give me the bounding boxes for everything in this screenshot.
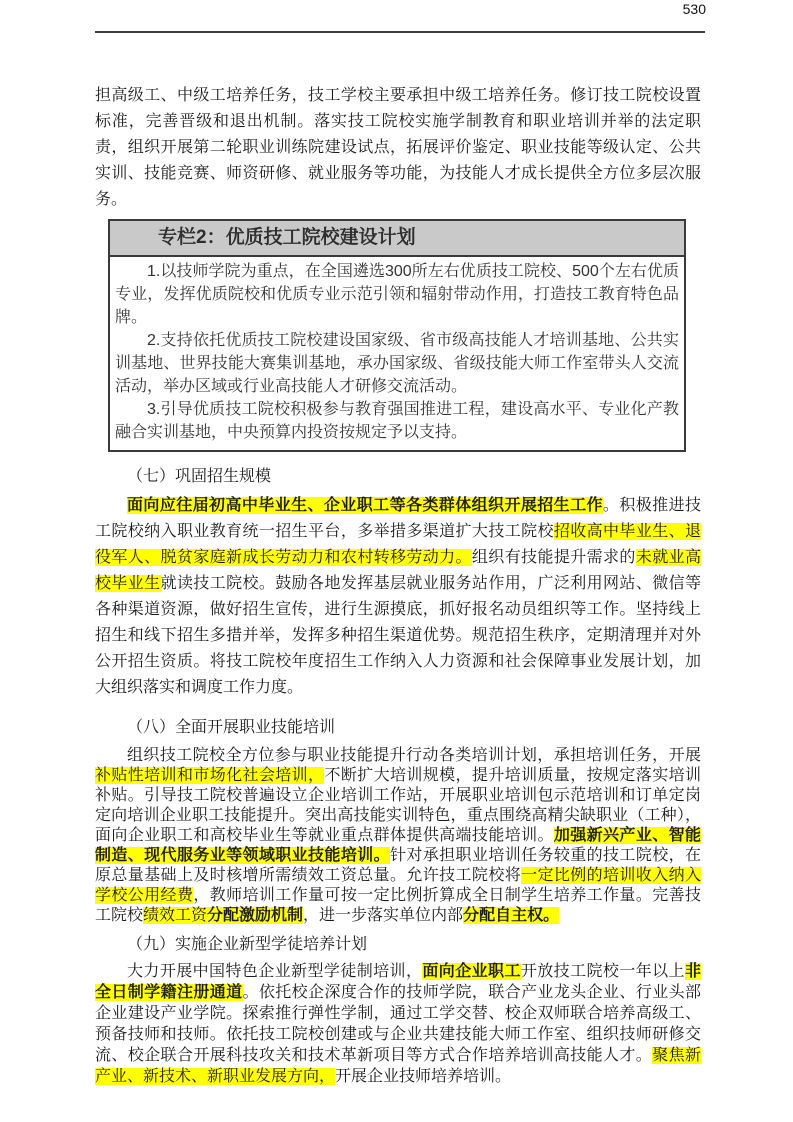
highlighted-text: 分配激励机制 [207, 907, 303, 924]
page-number: 530 [683, 1, 706, 17]
text-run: 大力开展中国特色企业新型学徒制培训， [127, 963, 422, 980]
highlighted-text: 面向应往届初高中毕业生、企业职工等各类群体组织开展招生工作 [127, 497, 603, 514]
highlighted-text: 补贴性培训和市场化社会培训， [95, 767, 324, 784]
text-run: 开放技工院校一年以上 [521, 963, 685, 980]
section-heading-9: （九）实施企业新型学徒培养计划 [95, 932, 701, 958]
section-paragraph-7: 面向应往届初高中毕业生、企业职工等各类群体组织开展招生工作。积极推进技工院校纳入… [95, 493, 701, 701]
text-run: ，进一步落实单位内部 [303, 907, 463, 924]
text-run: 组织技工院校全方位参与职业技能提升行动各类培训计划，承担培训任务，开展 [127, 747, 701, 764]
panel-item: 3.引导优质技工院校积极参与教育强国推进工程，建设高水平、专业化产教融合实训基地… [115, 398, 679, 444]
section-paragraph-8: 组织技工院校全方位参与职业技能提升行动各类培训计划，承担培训任务，开展补贴性培训… [95, 746, 701, 926]
highlighted-text: 分配自主权。 [463, 907, 559, 924]
panel-header: 专栏2：优质技工院校建设计划 [110, 221, 684, 257]
text-run: 组织有技能提升需求的 [472, 549, 636, 566]
header-rule [95, 31, 705, 33]
panel-body: 1.以技师学院为重点，在全国遴选300所左右优质技工院校、500个左右优质专业，… [110, 257, 684, 450]
page-content: 担高级工、中级工培养任务，技工学校主要承担中级工培养任务。修订技工院校设置标准，… [0, 83, 793, 1087]
section-heading-8: （八）全面开展职业技能培训 [95, 715, 701, 741]
intro-paragraph: 担高级工、中级工培养任务，技工学校主要承担中级工培养任务。修订技工院校设置标准，… [95, 83, 701, 213]
document-page: 530 担高级工、中级工培养任务，技工学校主要承担中级工培养任务。修订技工院校设… [0, 0, 793, 1122]
text-run: 就读技工院校。鼓励各地发挥基层就业服务站作用，广泛利用网站、微信等各种渠道资源，… [95, 575, 701, 696]
section-paragraph-9: 大力开展中国特色企业新型学徒制培训，面向企业职工开放技工院校一年以上非全日制学籍… [95, 961, 701, 1087]
panel-item: 2.支持依托优质技工院校建设国家级、省市级高技能人才培训基地、公共实训基地、世界… [115, 329, 679, 398]
text-run: 开展企业技师培养培训。 [335, 1068, 511, 1085]
highlighted-text: 面向企业职工 [422, 963, 520, 980]
section-heading-7: （七）巩固招生规模 [95, 464, 701, 490]
panel-item: 1.以技师学院为重点，在全国遴选300所左右优质技工院校、500个左右优质专业，… [115, 260, 679, 329]
highlighted-text: 绩效工资 [143, 907, 207, 924]
panel-title: 专栏2：优质技工院校建设计划 [158, 227, 416, 248]
panel-column2: 专栏2：优质技工院校建设计划 1.以技师学院为重点，在全国遴选300所左右优质技… [108, 219, 686, 452]
